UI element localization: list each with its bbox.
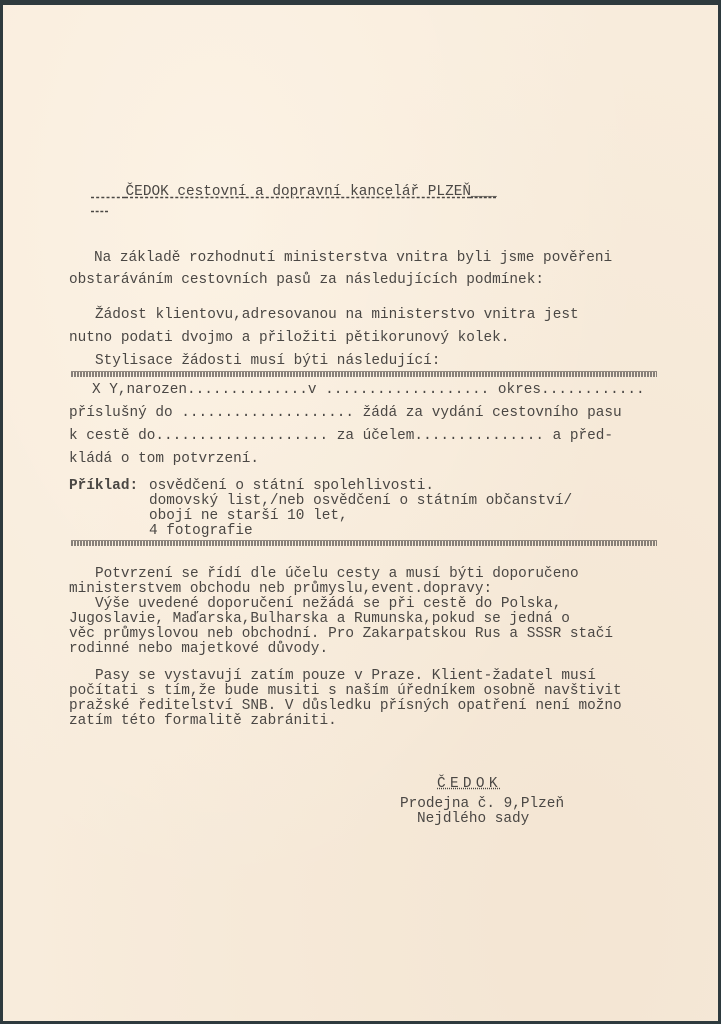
example-label: Příklad:	[69, 479, 138, 493]
document-page: ČEDOK cestovní a dopravní kancelář PLZEŇ…	[3, 5, 718, 1021]
signature-address: Nejdlého sady	[417, 812, 529, 826]
passports-line-4: zatím této formalitě zabrániti.	[69, 714, 337, 728]
divider-bottom	[71, 540, 657, 546]
request-line-3: Stylisace žádosti musí býti následující:	[95, 354, 440, 368]
request-line-1: Žádost klientovu,adresovanou na minister…	[95, 308, 579, 322]
template-line-2: příslušný do .................... žádá z…	[69, 406, 622, 420]
signature-org: ČEDOK	[437, 777, 502, 791]
passports-line-3: pražské ředitelství SNB. V důsledku přís…	[69, 699, 622, 713]
template-line-3: k cestě do.................... za účelem…	[69, 429, 613, 443]
heading-underscore: ___	[471, 184, 497, 200]
confirmation-line-1: Potvrzení se řídí dle účelu cesty a musí…	[95, 567, 579, 581]
confirmation-line-4: Jugoslavie, Maďarska,Bulharska a Rumunsk…	[69, 612, 570, 626]
confirmation-line-5: věc průmyslovou neb obchodní. Pro Zakarp…	[69, 627, 613, 641]
example-item-1: osvědčení o státní spolehlivosti.	[149, 479, 434, 493]
confirmation-line-2: ministerstvem obchodu neb průmyslu,event…	[69, 582, 492, 596]
example-item-2: domovský list,/neb osvědčení o státním o…	[149, 494, 572, 508]
heading-text: ČEDOK cestovní a dopravní kancelář PLZEŇ	[126, 184, 471, 200]
passports-line-2: počítati s tím,že bude musiti s naším úř…	[69, 684, 622, 698]
confirmation-line-3: Výše uvedené doporučení nežádá se při ce…	[95, 597, 561, 611]
confirmation-line-6: rodinné nebo majetkové důvody.	[69, 642, 328, 656]
passports-line-1: Pasy se vystavují zatím pouze v Praze. K…	[95, 669, 596, 683]
signature-branch: Prodejna č. 9,Plzeň	[400, 797, 564, 811]
request-line-2: nutno podati dvojmo a přiložiti pětikoru…	[69, 331, 509, 345]
example-item-3: obojí ne starší 10 let,	[149, 509, 348, 523]
divider-top	[71, 371, 657, 377]
intro-line-2: obstaráváním cestovních pasů za následuj…	[69, 273, 544, 287]
intro-line-1: Na základě rozhodnutí ministerstva vnitr…	[94, 251, 612, 265]
example-item-4: 4 fotografie	[149, 524, 253, 538]
template-line-4: kládá o tom potvrzení.	[69, 452, 259, 466]
letterhead-heading: ČEDOK cestovní a dopravní kancelář PLZEŇ…	[91, 171, 497, 214]
template-line-1: X Y,narozen..............v .............…	[92, 383, 645, 397]
